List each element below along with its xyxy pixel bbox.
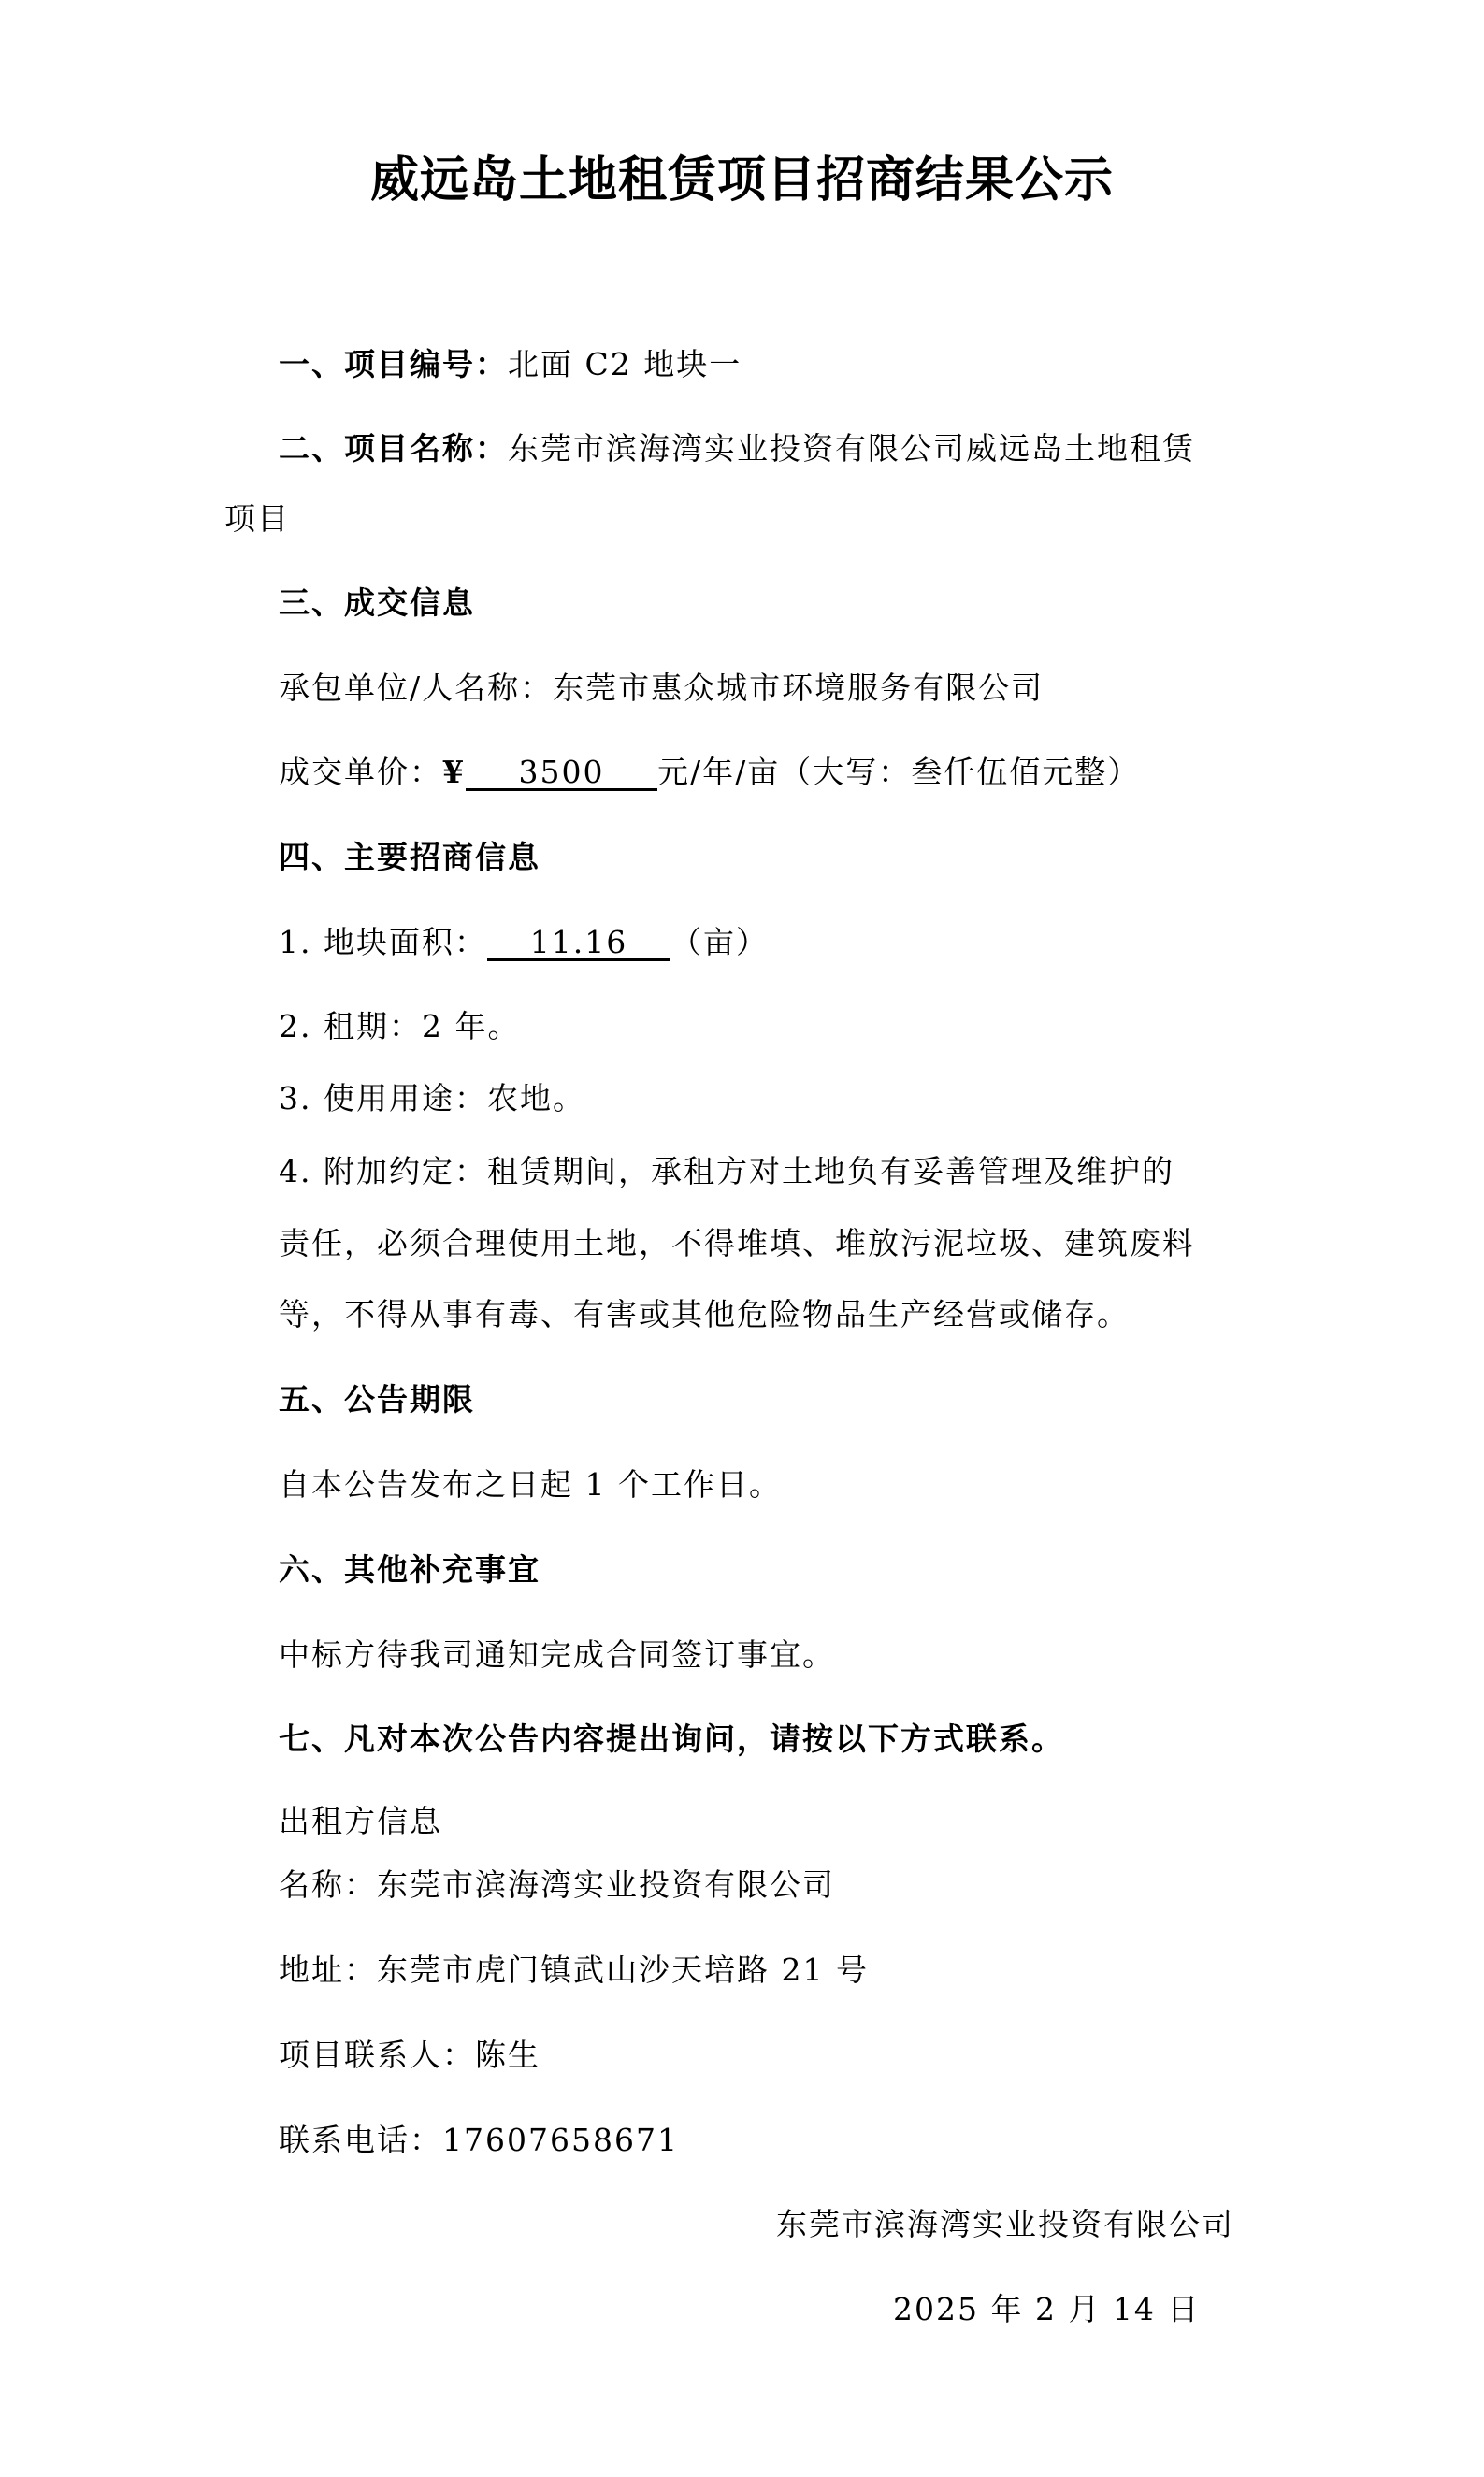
- signature-company: 东莞市滨海湾实业投资有限公司: [776, 2206, 1234, 2243]
- section-1-heading: 一、项目编号：: [279, 346, 508, 382]
- section-2-heading: 二、项目名称：: [279, 430, 508, 467]
- contact-person: 项目联系人：陈生: [279, 2037, 540, 2074]
- contractor-label: 承包单位/人名称：: [279, 670, 553, 706]
- project-name-continued: 项目: [224, 500, 290, 538]
- contractor: 承包单位/人名称：东莞市惠众城市环境服务有限公司: [279, 670, 1044, 707]
- currency-symbol: ¥: [442, 754, 466, 790]
- lessor-name: 名称：东莞市滨海湾实业投资有限公司: [279, 1866, 835, 1904]
- price-value: 3500: [466, 756, 657, 791]
- land-area-value: 11.16: [487, 927, 670, 961]
- page-title: 威远岛土地租赁项目招商结果公示: [0, 140, 1484, 210]
- section-5-heading: 五、公告期限: [279, 1381, 475, 1419]
- price-label: 成交单价：: [279, 754, 442, 790]
- land-area: 1. 地块面积：11.16（亩）: [279, 924, 769, 961]
- project-number: 一、项目编号：北面 C2 地块一: [279, 346, 742, 383]
- contractor-value: 东莞市惠众城市环境服务有限公司: [553, 670, 1044, 706]
- land-area-label: 1. 地块面积：: [279, 924, 487, 960]
- price-unit: 元/年/亩（大写：叁仟伍佰元整）: [657, 754, 1140, 790]
- section-4-heading: 四、主要招商信息: [279, 839, 540, 876]
- land-use: 3. 使用用途：农地。: [279, 1080, 585, 1117]
- lessor-info-label: 出租方信息: [279, 1803, 442, 1840]
- additional-terms-line-3: 等，不得从事有毒、有害或其他危险物品生产经营或储存。: [279, 1296, 1130, 1333]
- section-6-heading: 六、其他补充事宜: [279, 1551, 540, 1589]
- additional-terms-line-2: 责任，必须合理使用土地，不得堆填、堆放污泥垃圾、建筑废料: [279, 1225, 1195, 1262]
- signature-date: 2025 年 2 月 14 日: [893, 2291, 1200, 2328]
- project-number-value: 北面 C2 地块一: [508, 346, 742, 382]
- supplementary-matters: 中标方待我司通知完成合同签订事宜。: [279, 1636, 835, 1674]
- unit-price: 成交单价：¥3500元/年/亩（大写：叁仟伍佰元整）: [279, 754, 1140, 791]
- project-name: 二、项目名称：东莞市滨海湾实业投资有限公司威远岛土地租赁: [279, 430, 1195, 468]
- notice-period: 自本公告发布之日起 1 个工作日。: [279, 1466, 782, 1504]
- section-7-heading: 七、凡对本次公告内容提出询问，请按以下方式联系。: [279, 1721, 1064, 1758]
- contact-phone: 联系电话：17607658671: [279, 2122, 679, 2159]
- lease-term: 2. 租期：2 年。: [279, 1008, 520, 1045]
- lessor-address: 地址：东莞市虎门镇武山沙天培路 21 号: [279, 1951, 869, 1989]
- land-area-unit: （亩）: [670, 924, 769, 960]
- additional-terms-line-1: 4. 附加约定：租赁期间，承租方对土地负有妥善管理及维护的: [279, 1153, 1174, 1190]
- section-3-heading: 三、成交信息: [279, 584, 475, 622]
- project-name-value: 东莞市滨海湾实业投资有限公司威远岛土地租赁: [508, 430, 1195, 467]
